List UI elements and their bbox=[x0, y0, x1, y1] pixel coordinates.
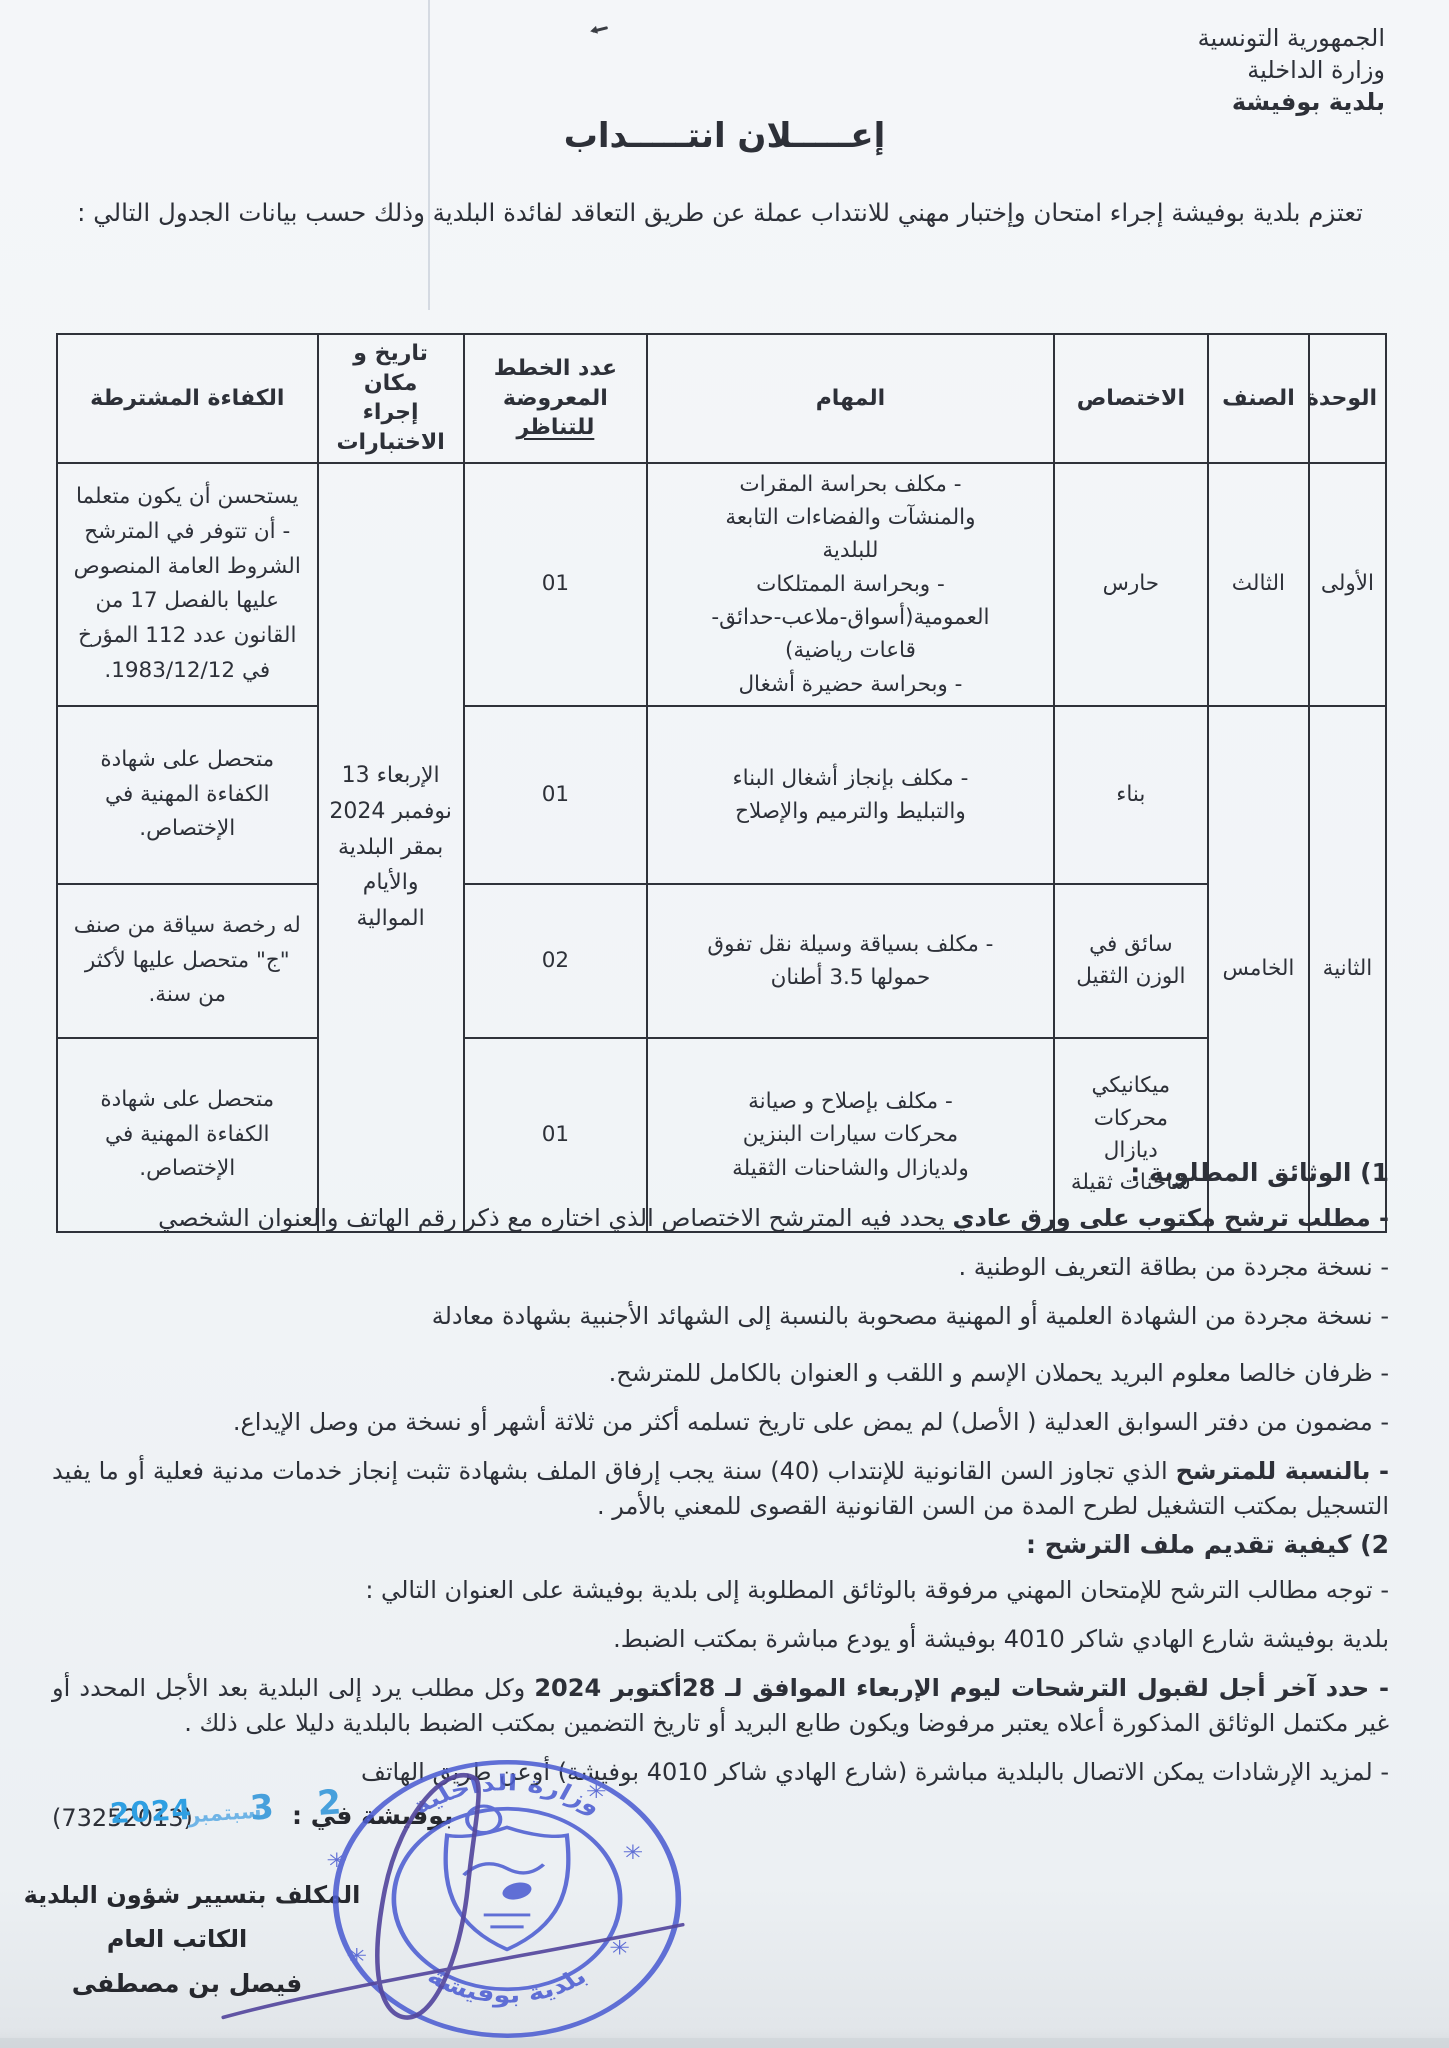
recruitment-table-wrap: الوحدة الصنف الاختصاص المهام عدد الخطط ا… bbox=[56, 333, 1387, 1233]
document-item-text: - ظرفان خالصا معلوم البريد يحملان الإسم … bbox=[609, 1359, 1389, 1387]
document-item-bold: - بالنسبة للمترشح bbox=[1176, 1457, 1389, 1485]
cell-unit-2: الثانية bbox=[1309, 706, 1386, 1232]
table-row-driver: سائق في الوزن الثقيل - مكلف بسياقة وسيلة… bbox=[57, 884, 1386, 1038]
handwritten-signature bbox=[208, 1759, 698, 2045]
document-item: - بالنسبة للمترشح الذي تجاوز السن القانو… bbox=[52, 1454, 1389, 1524]
cell-unit-1: الأولى bbox=[1309, 463, 1386, 706]
document-item: - ظرفان خالصا معلوم البريد يحملان الإسم … bbox=[52, 1356, 1389, 1391]
republic-line: الجمهورية التونسية bbox=[1198, 22, 1385, 54]
ministry-line: وزارة الداخلية bbox=[1198, 54, 1385, 86]
submission-deadline: - حدد آخر أجل لقبول الترشحات ليوم الإربع… bbox=[52, 1671, 1389, 1741]
intro-paragraph: تعتزم بلدية بوفيشة إجراء امتحان وإختبار … bbox=[54, 194, 1389, 233]
document-item: - نسخة مجردة من الشهادة العلمية أو المهن… bbox=[52, 1299, 1389, 1334]
submission-deadline-bold: - حدد آخر أجل لقبول الترشحات ليوم الإربع… bbox=[534, 1674, 1389, 1702]
document-item: - مطلب ترشح مكتوب على ورق عادي يحدد فيه … bbox=[52, 1201, 1389, 1236]
col-header-grade: الصنف bbox=[1208, 334, 1309, 463]
letterhead: الجمهورية التونسية وزارة الداخلية بلدية … bbox=[1198, 22, 1385, 118]
recruitment-table: الوحدة الصنف الاختصاص المهام عدد الخطط ا… bbox=[56, 333, 1387, 1233]
cell-specialty-1: حارس bbox=[1054, 463, 1208, 706]
cell-count-3: 02 bbox=[464, 884, 647, 1038]
cell-tasks-2: - مكلف بإنجاز أشغال البناء والتبليط والت… bbox=[647, 706, 1054, 884]
document-item-text: - نسخة مجردة من الشهادة العلمية أو المهن… bbox=[432, 1302, 1389, 1330]
scanned-announcement-page: الجمهورية التونسية وزارة الداخلية بلدية … bbox=[0, 0, 1449, 2048]
col-header-unit: الوحدة bbox=[1309, 334, 1386, 463]
announcement-title: إعـــــلان انتـــــداب bbox=[0, 116, 1449, 156]
cell-tasks-3: - مكلف بسياقة وسيلة نقل تفوق حمولها 3.5 … bbox=[647, 884, 1054, 1038]
ink-speck bbox=[592, 26, 608, 33]
col-header-positions-bottom: للتناظر bbox=[473, 413, 638, 443]
document-item-text: - نسخة مجردة من بطاقة التعريف الوطنية . bbox=[958, 1253, 1389, 1281]
cell-date-place: الإربعاء 13 نوفمبر 2024 بمقر البلدية وال… bbox=[318, 463, 464, 1232]
document-item-text: - مضمون من دفتر السوابق العدلية ( الأصل)… bbox=[233, 1408, 1389, 1436]
cell-count-2: 01 bbox=[464, 706, 647, 884]
date-stamp-year: 2024 bbox=[109, 1793, 193, 1830]
submission-item-text: بلدية بوفيشة شارع الهادي شاكر 4010 بوفيش… bbox=[613, 1625, 1389, 1653]
cell-grade-2: الخامس bbox=[1208, 706, 1309, 1232]
document-item: - مضمون من دفتر السوابق العدلية ( الأصل)… bbox=[52, 1405, 1389, 1440]
signature-tail bbox=[223, 1925, 683, 2018]
cell-tasks-1: - مكلف بحراسة المقرات والمنشآت والفضاءات… bbox=[647, 463, 1054, 706]
submission-item: - توجه مطالب الترشح للإمتحان المهني مرفو… bbox=[52, 1573, 1389, 1608]
cell-specialty-3: سائق في الوزن الثقيل bbox=[1054, 884, 1208, 1038]
table-header-row: الوحدة الصنف الاختصاص المهام عدد الخطط ا… bbox=[57, 334, 1386, 463]
submission-item-text: - توجه مطالب الترشح للإمتحان المهني مرفو… bbox=[365, 1576, 1389, 1604]
cell-count-1: 01 bbox=[464, 463, 647, 706]
col-header-date-place: تاريخ و مكان إجراء الاختبارات bbox=[318, 334, 464, 463]
col-header-tasks: المهام bbox=[647, 334, 1054, 463]
required-documents-heading: 1) الوثائق المطلوبة : bbox=[52, 1158, 1389, 1187]
cell-specialty-2: بناء bbox=[1054, 706, 1208, 884]
document-item-text: يحدد فيه المترشح الاختصاص الذي اختاره مع… bbox=[158, 1204, 952, 1232]
cell-competence-2: متحصل على شهادة الكفاءة المهنية في الإخت… bbox=[57, 706, 318, 884]
document-item-bold: - مطلب ترشح مكتوب على ورق عادي bbox=[952, 1204, 1389, 1232]
col-header-specialty: الاختصاص bbox=[1054, 334, 1208, 463]
col-header-positions-top: عدد الخطط المعروضة bbox=[473, 354, 638, 413]
col-header-competence: الكفاءة المشترطة bbox=[57, 334, 318, 463]
table-row-builder: الثانية الخامس بناء - مكلف بإنجاز أشغال … bbox=[57, 706, 1386, 884]
municipality-line: بلدية بوفيشة bbox=[1198, 86, 1385, 118]
cell-competence-3: له رخصة سياقة من صنف "ج" متحصل عليها لأك… bbox=[57, 884, 318, 1038]
required-documents-section: 1) الوثائق المطلوبة : - مطلب ترشح مكتوب … bbox=[52, 1158, 1389, 1538]
submission-address-line: بلدية بوفيشة شارع الهادي شاكر 4010 بوفيش… bbox=[52, 1622, 1389, 1657]
document-item: - نسخة مجردة من بطاقة التعريف الوطنية . bbox=[52, 1250, 1389, 1285]
table-row-guard: الأولى الثالث حارس - مكلف بحراسة المقرات… bbox=[57, 463, 1386, 706]
submission-heading: 2) كيفية تقديم ملف الترشح : bbox=[52, 1530, 1389, 1559]
cell-competence-1: يستحسن أن يكون متعلما - أن تتوفر في المت… bbox=[57, 463, 318, 706]
signature-block: بوفيشة في : 2024 سبتمبر 2 3 المكلف بتسيي… bbox=[0, 1755, 1449, 2048]
cell-grade-1: الثالث bbox=[1208, 463, 1309, 706]
col-header-positions: عدد الخطط المعروضة للتناظر bbox=[464, 334, 647, 463]
